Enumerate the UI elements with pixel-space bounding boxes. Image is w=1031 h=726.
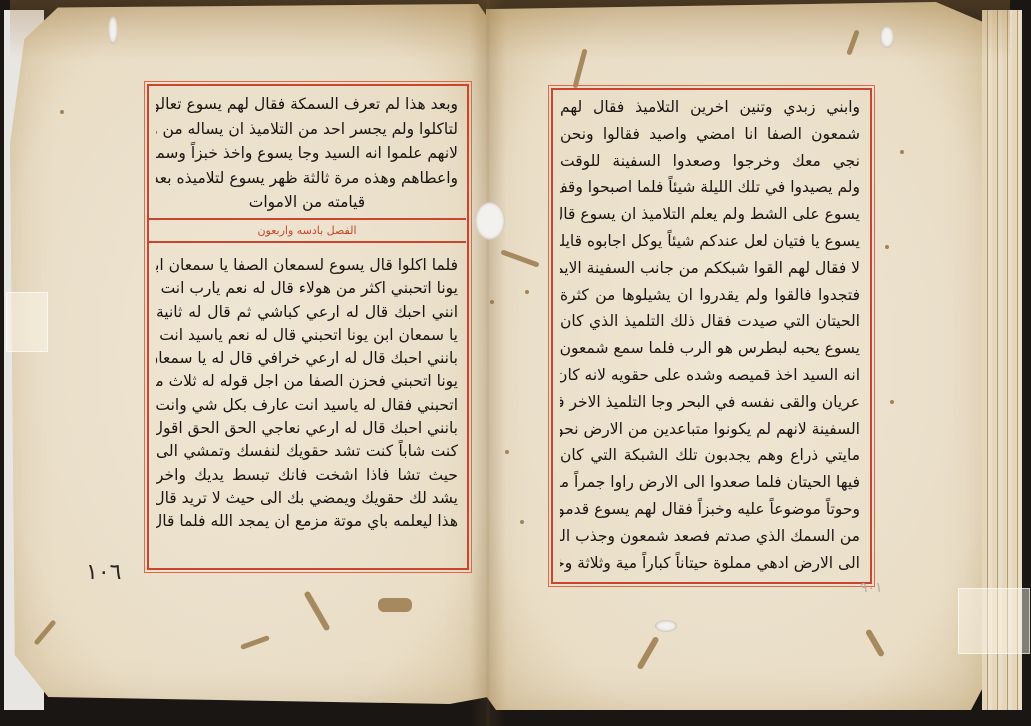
text-line: واعطاهم وهذه مرة ثالثة ظهر يسوع لتلاميذه… [156,166,458,191]
text-line: هذا ليعلمه باي موتة مزمع ان يمجد الله فل… [156,510,458,533]
worm-track [378,598,412,612]
worm-hole [880,26,894,48]
text-line: عريان والقى نفسه في البحر وجا التلميذ ال… [560,389,860,416]
text-line: يسوع يا فتيان لعل عندكم شيئاً يوكل اجابو… [560,228,860,255]
text-line: السفينة لانهم لم يكونوا متباعدين من الار… [560,416,860,443]
worm-hole [475,202,505,240]
text-line: كنت شاباً كنت تشد حقويك لنفسك وتمشي الى [156,440,458,463]
stain-dot [60,110,64,114]
text-line: فيها الحيتان فلما صعدوا الى الارض راوا ج… [560,469,860,496]
text-line: نجي معك وخرجوا وصعدوا السفينة للوقت [560,148,860,175]
text-line: يونا اتحبني اكثر من هولاء قال له نعم يار… [156,277,458,300]
text-line: بانني احبك قال له ارعي نعاجي الحق الحق ا… [156,417,458,440]
text-line: بانني احبك قال له ارعي خرافي قال له يا س… [156,347,458,370]
stain-dot [900,150,904,154]
right-text: وابني زبدي وتنين اخرين التلاميذ فقال لهم… [560,94,860,576]
text-line: ولم يصيدوا في تلك الليلة شيئاً فلما اصبح… [560,174,860,201]
text-line: انني احبك قال له ارعي كباشي ثم قال له ثا… [156,301,458,324]
rubric-rule-top [148,218,466,220]
text-line: يونا اتحبني فحزن الصفا من اجل قوله له ثل… [156,370,458,393]
text-line: قيامته من الاموات [156,190,458,215]
text-line: يشد لك حقويك ويمضي بك الى حيث لا تريد قا… [156,487,458,510]
chapter-rubric: الفصل بادسه واربعون [148,222,466,240]
worm-hole [655,620,677,632]
text-line: اتحبني فقال له ياسيد انت عارف بكل شي وان… [156,394,458,417]
text-line: يسوع على الشط ولم يعلم التلاميذ ان يسوع … [560,201,860,228]
text-line: من السمك الذي صدتم فصعد شمعون وجذب الشبك… [560,523,860,550]
stain-dot [525,290,529,294]
text-line: لا فقال لهم القوا شبككم من جانب السفينة … [560,255,860,282]
text-line: وابني زبدي وتنين اخرين التلاميذ فقال لهم [560,94,860,121]
text-line: انه السيد اخذ قميصه وشده على حقويه لانه … [560,362,860,389]
stain-dot [520,520,524,524]
gutter-fold [470,0,506,726]
text-line: حيث تشا فاذا اشخت فانك تبسط يديك واخر [156,464,458,487]
text-line: يا سمعان ابن يونا اتحبني قال له نعم ياسي… [156,324,458,347]
text-line: لتاكلوا ولم يجسر احد من التلاميذ ان يسال… [156,117,458,142]
left-upper-text: وبعد هذا لم تعرف السمكة فقال لهم يسوع تع… [156,92,458,215]
manuscript-scan: وبعد هذا لم تعرف السمكة فقال لهم يسوع تع… [0,0,1031,726]
text-line: يسوع يحبه لبطرس هو الرب فلما سمع شمعون ا… [560,335,860,362]
text-line: مايتي ذراع وهم يجدبون تلك الشبكة التي كا… [560,442,860,469]
text-line: لانهم علموا انه السيد وجا يسوع واخذ خبزا… [156,141,458,166]
pencil-annotation: ٩٠١ [860,580,883,596]
text-line: فتجدوا فالقوا ولم يقدروا ان يشيلوها من ك… [560,282,860,309]
text-line: الى الارض ادهي مملوة حيتاناً كباراً مية … [560,550,860,577]
rubric-rule-bottom [148,241,466,243]
text-line: فلما اكلوا قال يسوع لسمعان الصفا يا سمعا… [156,254,458,277]
stain-dot [890,400,894,404]
text-line: الحيتان التي صيدت فقال ذلك التلميذ الذي … [560,308,860,335]
folio-number: ١٠٦ [86,560,121,585]
text-line: وحوتاً موضوعاً عليه وخبزاً فقال لهم يسوع… [560,496,860,523]
text-line: وبعد هذا لم تعرف السمكة فقال لهم يسوع تع… [156,92,458,117]
worm-hole [108,16,118,44]
stain-dot [505,450,509,454]
text-line: شمعون الصفا انا امضي واصيد فقالوا ونحن [560,121,860,148]
repair-tape-left [6,292,48,352]
stain-dot [885,245,889,249]
repair-tape-right [958,588,1030,654]
stain-dot [490,300,494,304]
left-lower-text: فلما اكلوا قال يسوع لسمعان الصفا يا سمعا… [156,254,458,534]
